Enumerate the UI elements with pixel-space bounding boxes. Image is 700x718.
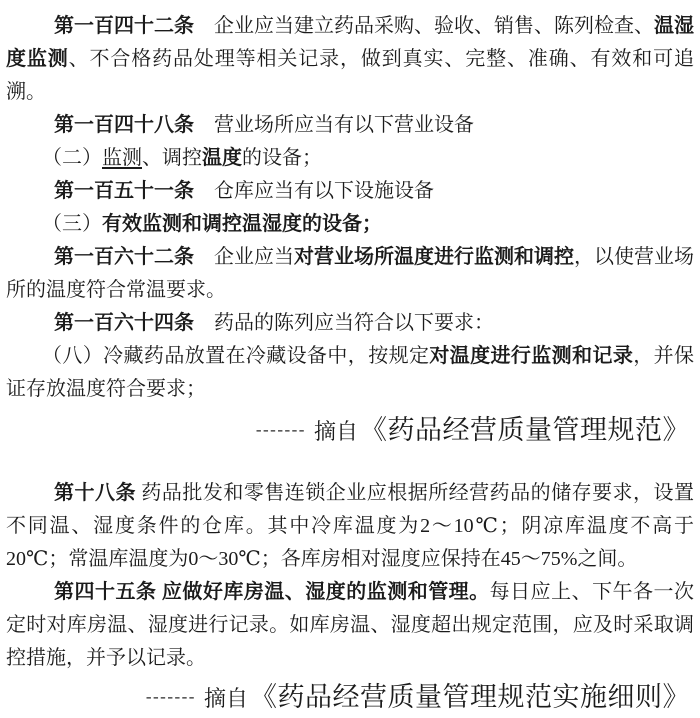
- clause-text: 的设备；: [242, 147, 322, 169]
- article-142-paragraph: 第一百四十二条 企业应当建立药品采购、验收、销售、陈列检查、温湿度监测、不合格药…: [6, 10, 694, 109]
- citation-dashes: -------: [256, 420, 306, 439]
- clause-label: （三）: [42, 213, 102, 235]
- article-number: 第十八条: [54, 482, 136, 504]
- article-text: 、不合格药品处理等相关记录，做到真实、完整、准确、有效和可追溯。: [6, 48, 694, 103]
- article-151-paragraph: 第一百五十一条 仓库应当有以下设施设备: [6, 175, 694, 208]
- citation-title: 《药品经营质量管理规范》: [360, 415, 690, 445]
- emphasized-text: 对营业场所温度进行监测和调控: [294, 246, 574, 268]
- clause-text: 、调控: [142, 147, 202, 169]
- article-45-paragraph: 第四十五条 应做好库房温、湿度的监测和管理。每日应上、下午各一次定时对库房温、湿…: [6, 576, 694, 675]
- emphasized-text: 第四十五条 应做好库房温、湿度的监测和管理。: [54, 581, 490, 603]
- article-number: 第一百六十二条: [54, 246, 194, 268]
- citation-label: 摘自: [204, 686, 248, 711]
- emphasized-text: 对温度进行监测和记录: [429, 345, 633, 367]
- article-number: 第一百六十四条: [54, 312, 194, 334]
- clause-8-paragraph: （八）冷藏药品放置在冷藏设备中，按规定对温度进行监测和记录，并保证存放温度符合要…: [6, 340, 694, 406]
- article-text: 企业应当: [194, 246, 294, 268]
- article-number: 第一百四十八条: [54, 114, 194, 136]
- clause-text: （八）冷藏药品放置在冷藏设备中，按规定: [42, 345, 429, 367]
- emphasized-text: 温度: [202, 147, 242, 169]
- citation-dashes: -------: [146, 687, 196, 706]
- clause-3-paragraph: （三）有效监测和调控温湿度的设备；: [6, 208, 694, 241]
- article-text: 营业场所应当有以下营业设备: [194, 114, 474, 136]
- citation-title: 《药品经营质量管理规范实施细则》: [250, 682, 690, 712]
- article-162-paragraph: 第一百六十二条 企业应当对营业场所温度进行监测和调控，以使营业场所的温度符合常温…: [6, 241, 694, 307]
- article-number: 第一百四十二条: [54, 15, 194, 37]
- citation-label: 摘自: [314, 419, 358, 444]
- article-text: 企业应当建立药品采购、验收、销售、陈列检查、: [194, 15, 654, 37]
- document-page: 第一百四十二条 企业应当建立药品采购、验收、销售、陈列检查、温湿度监测、不合格药…: [0, 0, 700, 718]
- article-text: 仓库应当有以下设施设备: [194, 180, 434, 202]
- article-number: 第一百五十一条: [54, 180, 194, 202]
- article-text: 药品的陈列应当符合以下要求：: [194, 312, 494, 334]
- article-18-paragraph: 第十八条 药品批发和零售连锁企业应根据所经营药品的储存要求，设置不同温、湿度条件…: [6, 477, 694, 576]
- article-164-paragraph: 第一百六十四条 药品的陈列应当符合以下要求：: [6, 307, 694, 340]
- emphasized-text: 有效监测和调控温湿度的设备；: [102, 213, 382, 235]
- clause-2-paragraph: （二）监测、调控温度的设备；: [6, 142, 694, 175]
- citation-source-gsp-rules: -------摘自《药品经营质量管理规范实施细则》: [6, 679, 690, 718]
- article-148-paragraph: 第一百四十八条 营业场所应当有以下营业设备: [6, 109, 694, 142]
- citation-source-gsp: -------摘自《药品经营质量管理规范》: [6, 412, 690, 451]
- clause-label: （二）: [42, 147, 102, 169]
- underlined-text: 监测: [102, 147, 142, 169]
